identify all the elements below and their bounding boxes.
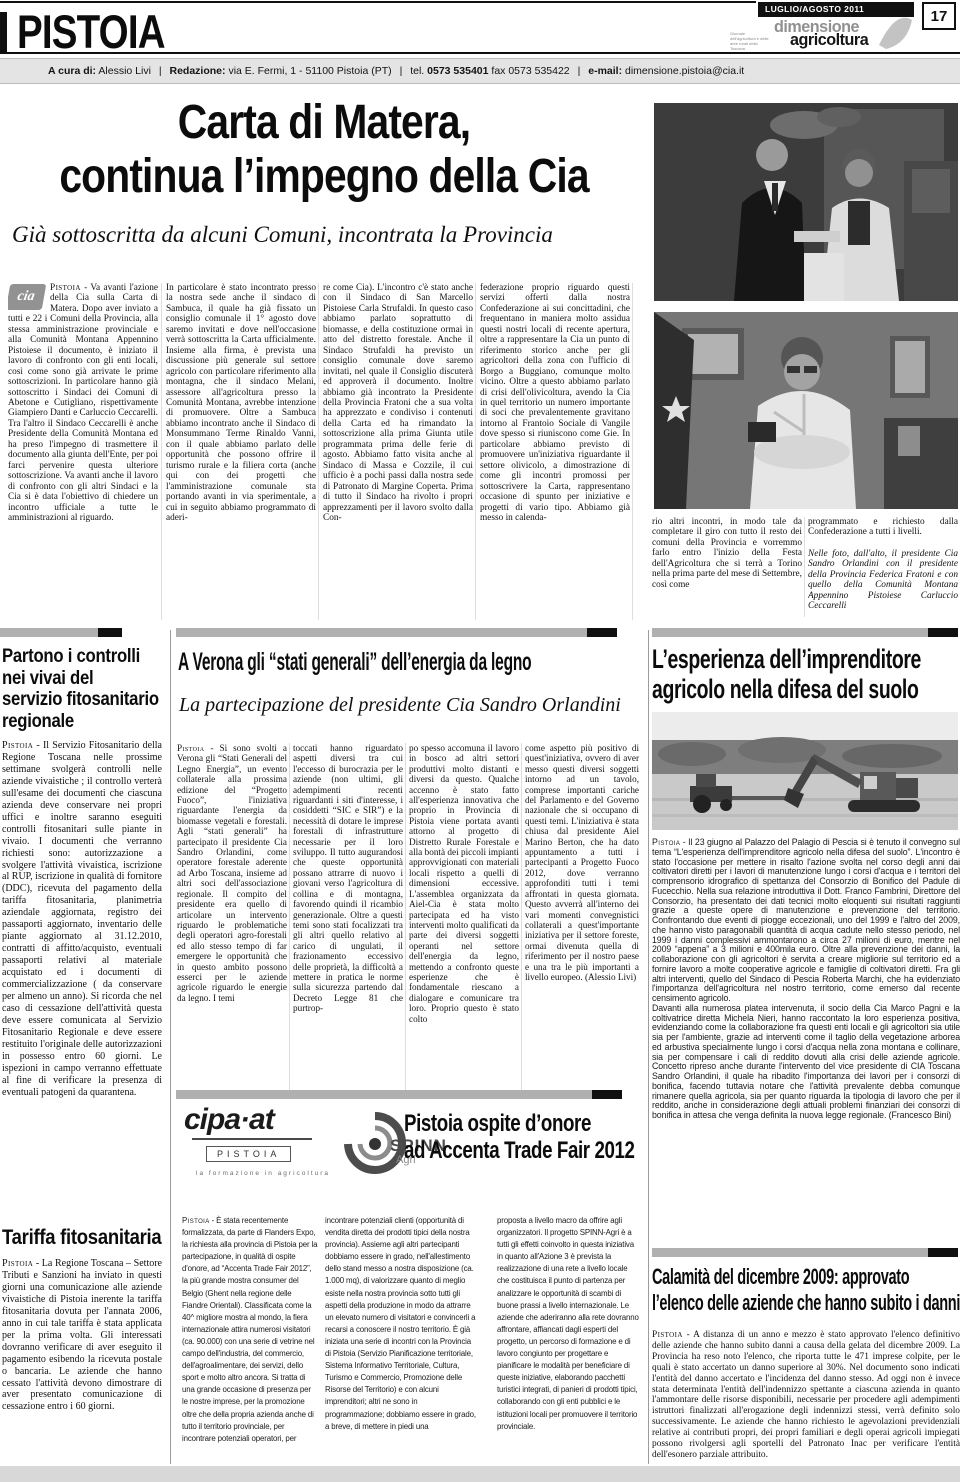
- email-label: e-mail:: [588, 65, 622, 77]
- contact-bar: A cura di: Alessio Livi | Redazione: via…: [0, 58, 960, 84]
- fito-body-text: - Il Servizio Fitosanitario della Region…: [2, 740, 162, 1098]
- accenta-title-line1: Pistoia ospite d’onore: [404, 1110, 635, 1137]
- newspaper-page: PISTOIA LUGLIO/AGOSTO 2011 17 Giornale d…: [0, 0, 960, 1482]
- column-rule: [804, 517, 805, 617]
- lead-column-6: programmato e richiesto dalla Confederaz…: [808, 517, 958, 543]
- lead-subtitle: Già sottoscritta da alcuni Comuni, incon…: [12, 222, 652, 248]
- separator: |: [159, 65, 162, 77]
- accenta-column-3: proposta a livello macro da offrire agli…: [497, 1215, 639, 1467]
- photo-caption: Nelle foto, dall'alto, il presidente Cia…: [808, 549, 958, 613]
- divider-tip: [587, 628, 617, 637]
- verona-subtitle: La partecipazione del presidente Cia San…: [179, 694, 641, 717]
- masthead-section-title: PISTOIA: [17, 4, 165, 59]
- masthead-left-bar: [0, 12, 7, 52]
- separator: |: [400, 65, 403, 77]
- dateline: Pistoia: [2, 740, 33, 751]
- accenta-column-1-text: - È stata recentemente formalizzata, da …: [182, 1216, 317, 1443]
- lead-column-4: federazione proprio riguardo questi serv…: [480, 283, 630, 621]
- verona-column-3: po spesso accomuna il lavoro in bosco ad…: [409, 743, 519, 1093]
- suolo-para2: Davanti alla numerosa platea intervenuta…: [652, 1004, 960, 1121]
- divider-tip: [928, 628, 958, 637]
- lead-headline-line1: Carta di Matera,: [49, 96, 600, 150]
- suolo-para1: - Il 23 giugno al Palazzo del Palagio di…: [652, 838, 960, 1003]
- verona-column-4: come aspetto più positivo di quest'inizi…: [525, 743, 639, 1093]
- suolo-title-line1: L’esperienza dell’imprenditore: [652, 644, 921, 674]
- bottom-strip: [0, 1466, 960, 1482]
- verona-title: A Verona gli “stati generali” dell’energ…: [178, 648, 531, 677]
- lead-column-1: cia Pistoia - Va avanti l'azione della C…: [8, 283, 158, 621]
- column-rule: [289, 743, 290, 1091]
- section-rule-right: [648, 630, 649, 1464]
- column-rule: [161, 283, 162, 620]
- cia-logo: cia: [8, 284, 46, 310]
- verona-column-1: Pistoia - Si sono svolti a Verona gli “S…: [177, 743, 287, 1093]
- masthead-tagline: Giornale dell'agricoltura e delle aree r…: [730, 31, 770, 51]
- verona-column-1-text: - Si sono svolti a Verona gli “Stati Gen…: [177, 743, 287, 1003]
- divider-tip: [592, 1090, 622, 1099]
- fito-title-line1: Partono i controlli: [2, 646, 169, 668]
- tariffa-body-text: - La Regione Toscana – Settore Tributi e…: [2, 1258, 162, 1412]
- masthead-bottom-rule: [0, 52, 960, 54]
- dateline: Pistoia: [182, 1216, 210, 1225]
- section-divider: [652, 1248, 958, 1257]
- fito-title: Partono i controlli nei vivai del serviz…: [2, 646, 169, 732]
- dateline: Pistoia: [177, 743, 204, 753]
- lead-column-1-text: - Va avanti l'azione della Cia sulla Car…: [8, 283, 158, 523]
- photo-orlandini-fratoni: [654, 103, 958, 301]
- dateline: Pistoia: [50, 283, 81, 293]
- dateline: Pistoia: [652, 1330, 683, 1340]
- section-rule-left: [170, 630, 171, 1464]
- divider-tip: [928, 1248, 958, 1257]
- accenta-column-2: incontrare potenziali clienti (opportuni…: [325, 1215, 477, 1467]
- redazione-address: via E. Fermi, 1 - 51100 Pistoia (PT): [228, 65, 391, 77]
- dateline: Pistoia: [2, 1258, 33, 1269]
- cipaat-underline: [192, 1138, 312, 1140]
- redazione-label: Redazione:: [170, 65, 226, 77]
- page-number: 17: [922, 2, 956, 30]
- verona-column-2: toccati hanno riguardato aspetti diversi…: [293, 743, 403, 1093]
- masthead-top-rule: [0, 1, 756, 3]
- column-rule: [475, 283, 476, 620]
- issue-date-badge: LUGLIO/AGOSTO 2011: [758, 2, 914, 17]
- section-divider: [176, 628, 617, 637]
- logo-word-bottom: agricoltura: [790, 30, 868, 50]
- photo-orlandini-ceccarelli: [654, 312, 958, 509]
- divider-tip: [98, 628, 122, 637]
- calamita-title: Calamità del dicembre 2009: approvato l’…: [652, 1264, 960, 1316]
- curated-label: A cura di:: [48, 65, 96, 77]
- tariffa-title: Tariffa fitosanitaria: [2, 1226, 161, 1250]
- suolo-body: Pistoia - Il 23 giugno al Palazzo del Pa…: [652, 838, 960, 1240]
- lead-headline: Carta di Matera, continua l’impegno dell…: [0, 96, 648, 204]
- column-rule: [632, 283, 633, 620]
- section-divider: [0, 628, 122, 637]
- dimensione-agricoltura-logo: Giornale dell'agricoltura e delle aree r…: [730, 17, 920, 53]
- separator: |: [578, 65, 581, 77]
- cipaat-tagline: la formazione in agricoltura: [196, 1170, 334, 1178]
- leaf-icon: [876, 17, 914, 56]
- curated-by: Alessio Livi: [98, 65, 151, 77]
- column-rule: [318, 283, 319, 620]
- lead-column-2: In particolare è stato incontrato presso…: [166, 283, 316, 621]
- calamita-body-text: - A distanza di un anno e mezzo è stato …: [652, 1330, 960, 1460]
- fito-body: Pistoia - Il Servizio Fitosanitario dell…: [2, 740, 162, 1220]
- fax-number: fax 0573 535422: [491, 65, 569, 77]
- fito-title-line2: nei vivai del: [2, 668, 169, 690]
- photo-tractor-excavator: [652, 712, 958, 830]
- accenta-column-1: Pistoia - È stata recentemente formalizz…: [182, 1215, 318, 1467]
- suolo-title: L’esperienza dell’imprenditore agricolo …: [652, 644, 960, 704]
- lead-column-5: rio altri incontri, in modo tale da comp…: [652, 517, 802, 607]
- fito-title-line3: servizio fitosanitario: [2, 689, 169, 711]
- tariffa-body: Pistoia - La Regione Toscana – Settore T…: [2, 1258, 162, 1464]
- column-rule: [405, 743, 406, 1091]
- lead-column-3: re come Cia). L'incontro c'è stato anche…: [323, 283, 473, 621]
- fito-title-line4: regionale: [2, 711, 169, 733]
- section-divider: [176, 1090, 622, 1099]
- cipaat-place: PISTOIA: [206, 1146, 291, 1162]
- phone-number: 0573 535401: [427, 65, 488, 77]
- cipaat-wordmark: cipa·at: [184, 1104, 334, 1136]
- column-rule: [521, 743, 522, 1091]
- tel-label: tel.: [410, 65, 424, 77]
- dateline: Pistoia: [652, 838, 680, 847]
- calamita-title-line2: l’elenco delle aziende che hanno subito …: [652, 1290, 960, 1316]
- lead-headline-line2: continua l’impegno della Cia: [49, 150, 600, 204]
- calamita-body: Pistoia - A distanza di un anno e mezzo …: [652, 1330, 960, 1464]
- section-divider: [652, 628, 958, 637]
- email-link[interactable]: dimensione.pistoia@cia.it: [625, 65, 744, 77]
- calamita-title-line1: Calamità del dicembre 2009: approvato: [652, 1264, 960, 1290]
- suolo-title-line2: agricolo nella difesa del suolo: [652, 674, 921, 704]
- cipaat-logo: cipa·at PISTOIA la formazione in agricol…: [184, 1104, 334, 1216]
- accenta-title-line2: ad Accenta Trade Fair 2012: [404, 1137, 635, 1164]
